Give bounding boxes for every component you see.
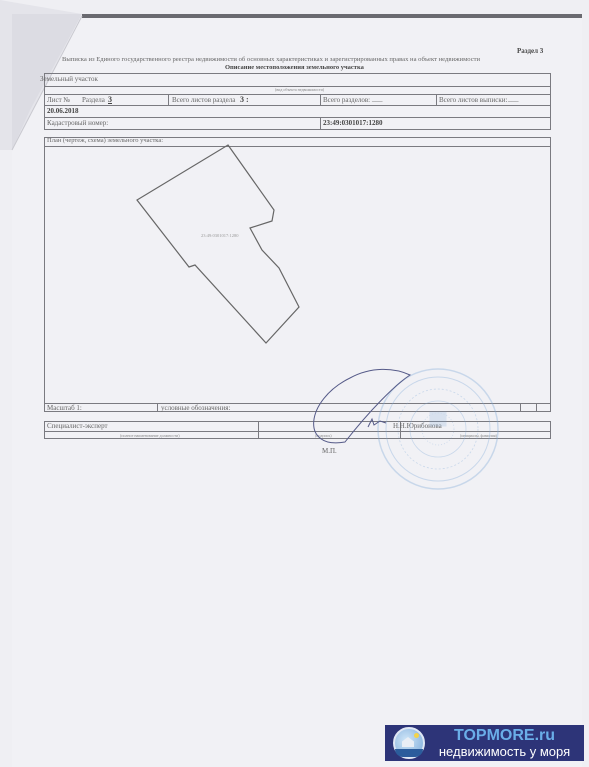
seal-and-signature (0, 0, 589, 767)
topmore-watermark: TOPMORE.ru недвижимость у моря (385, 725, 584, 761)
watermark-tagline: недвижимость у моря (425, 745, 584, 759)
signature-icon (314, 369, 410, 442)
watermark-brand: TOPMORE.ru (425, 728, 584, 745)
house-logo-icon (393, 727, 425, 759)
official-seal (378, 369, 498, 489)
scanned-page: Раздел 3 Выписка из Единого государствен… (0, 0, 589, 767)
